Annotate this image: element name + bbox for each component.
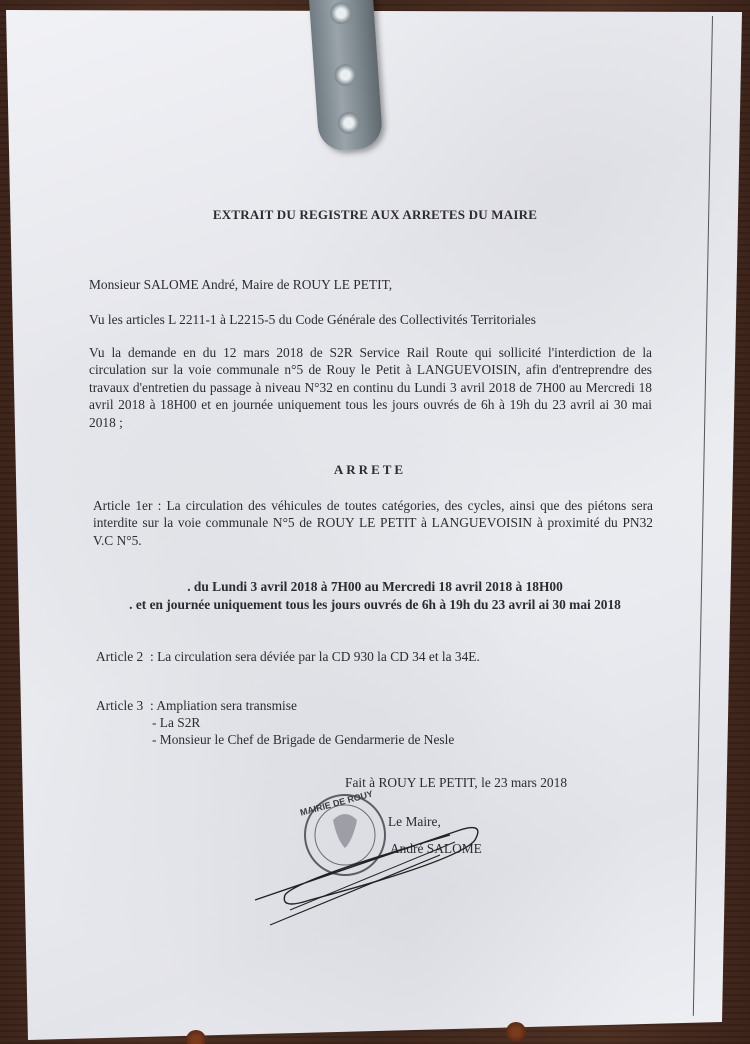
article-1: Article 1er : La circulation des véhicul… (93, 497, 653, 549)
recipient-gendarmerie: - Monsieur le Chef de Brigade de Gendarm… (152, 731, 454, 748)
article-3-text: : Ampliation sera transmise (150, 697, 297, 714)
period-1: . du Lundi 3 avril 2018 à 7H00 au Mercre… (5, 578, 745, 595)
decree-document: EXTRAIT DU REGISTRE AUX ARRETES DU MAIRE… (0, 0, 750, 1044)
place-date: Fait à ROUY LE PETIT, le 23 mars 2018 (345, 774, 567, 791)
signature-scribble-icon (250, 800, 490, 930)
document-title: EXTRAIT DU REGISTRE AUX ARRETES DU MAIRE (0, 206, 750, 223)
request-paragraph: Vu la demande en du 12 mars 2018 de S2R … (89, 344, 652, 431)
mayor-line: Monsieur SALOME André, Maire de ROUY LE … (89, 276, 392, 293)
article-3-label: Article 3 (96, 697, 143, 714)
period-2: . et en journée uniquement tous les jour… (5, 596, 745, 613)
recipient-s2r: - La S2R (152, 714, 200, 731)
article-2-label: Article 2 (96, 648, 143, 665)
decision-heading: ARRETE (0, 461, 740, 478)
legal-basis: Vu les articles L 2211-1 à L2215-5 du Co… (89, 311, 536, 328)
article-2-text: : La circulation sera déviée par la CD 9… (150, 648, 480, 665)
